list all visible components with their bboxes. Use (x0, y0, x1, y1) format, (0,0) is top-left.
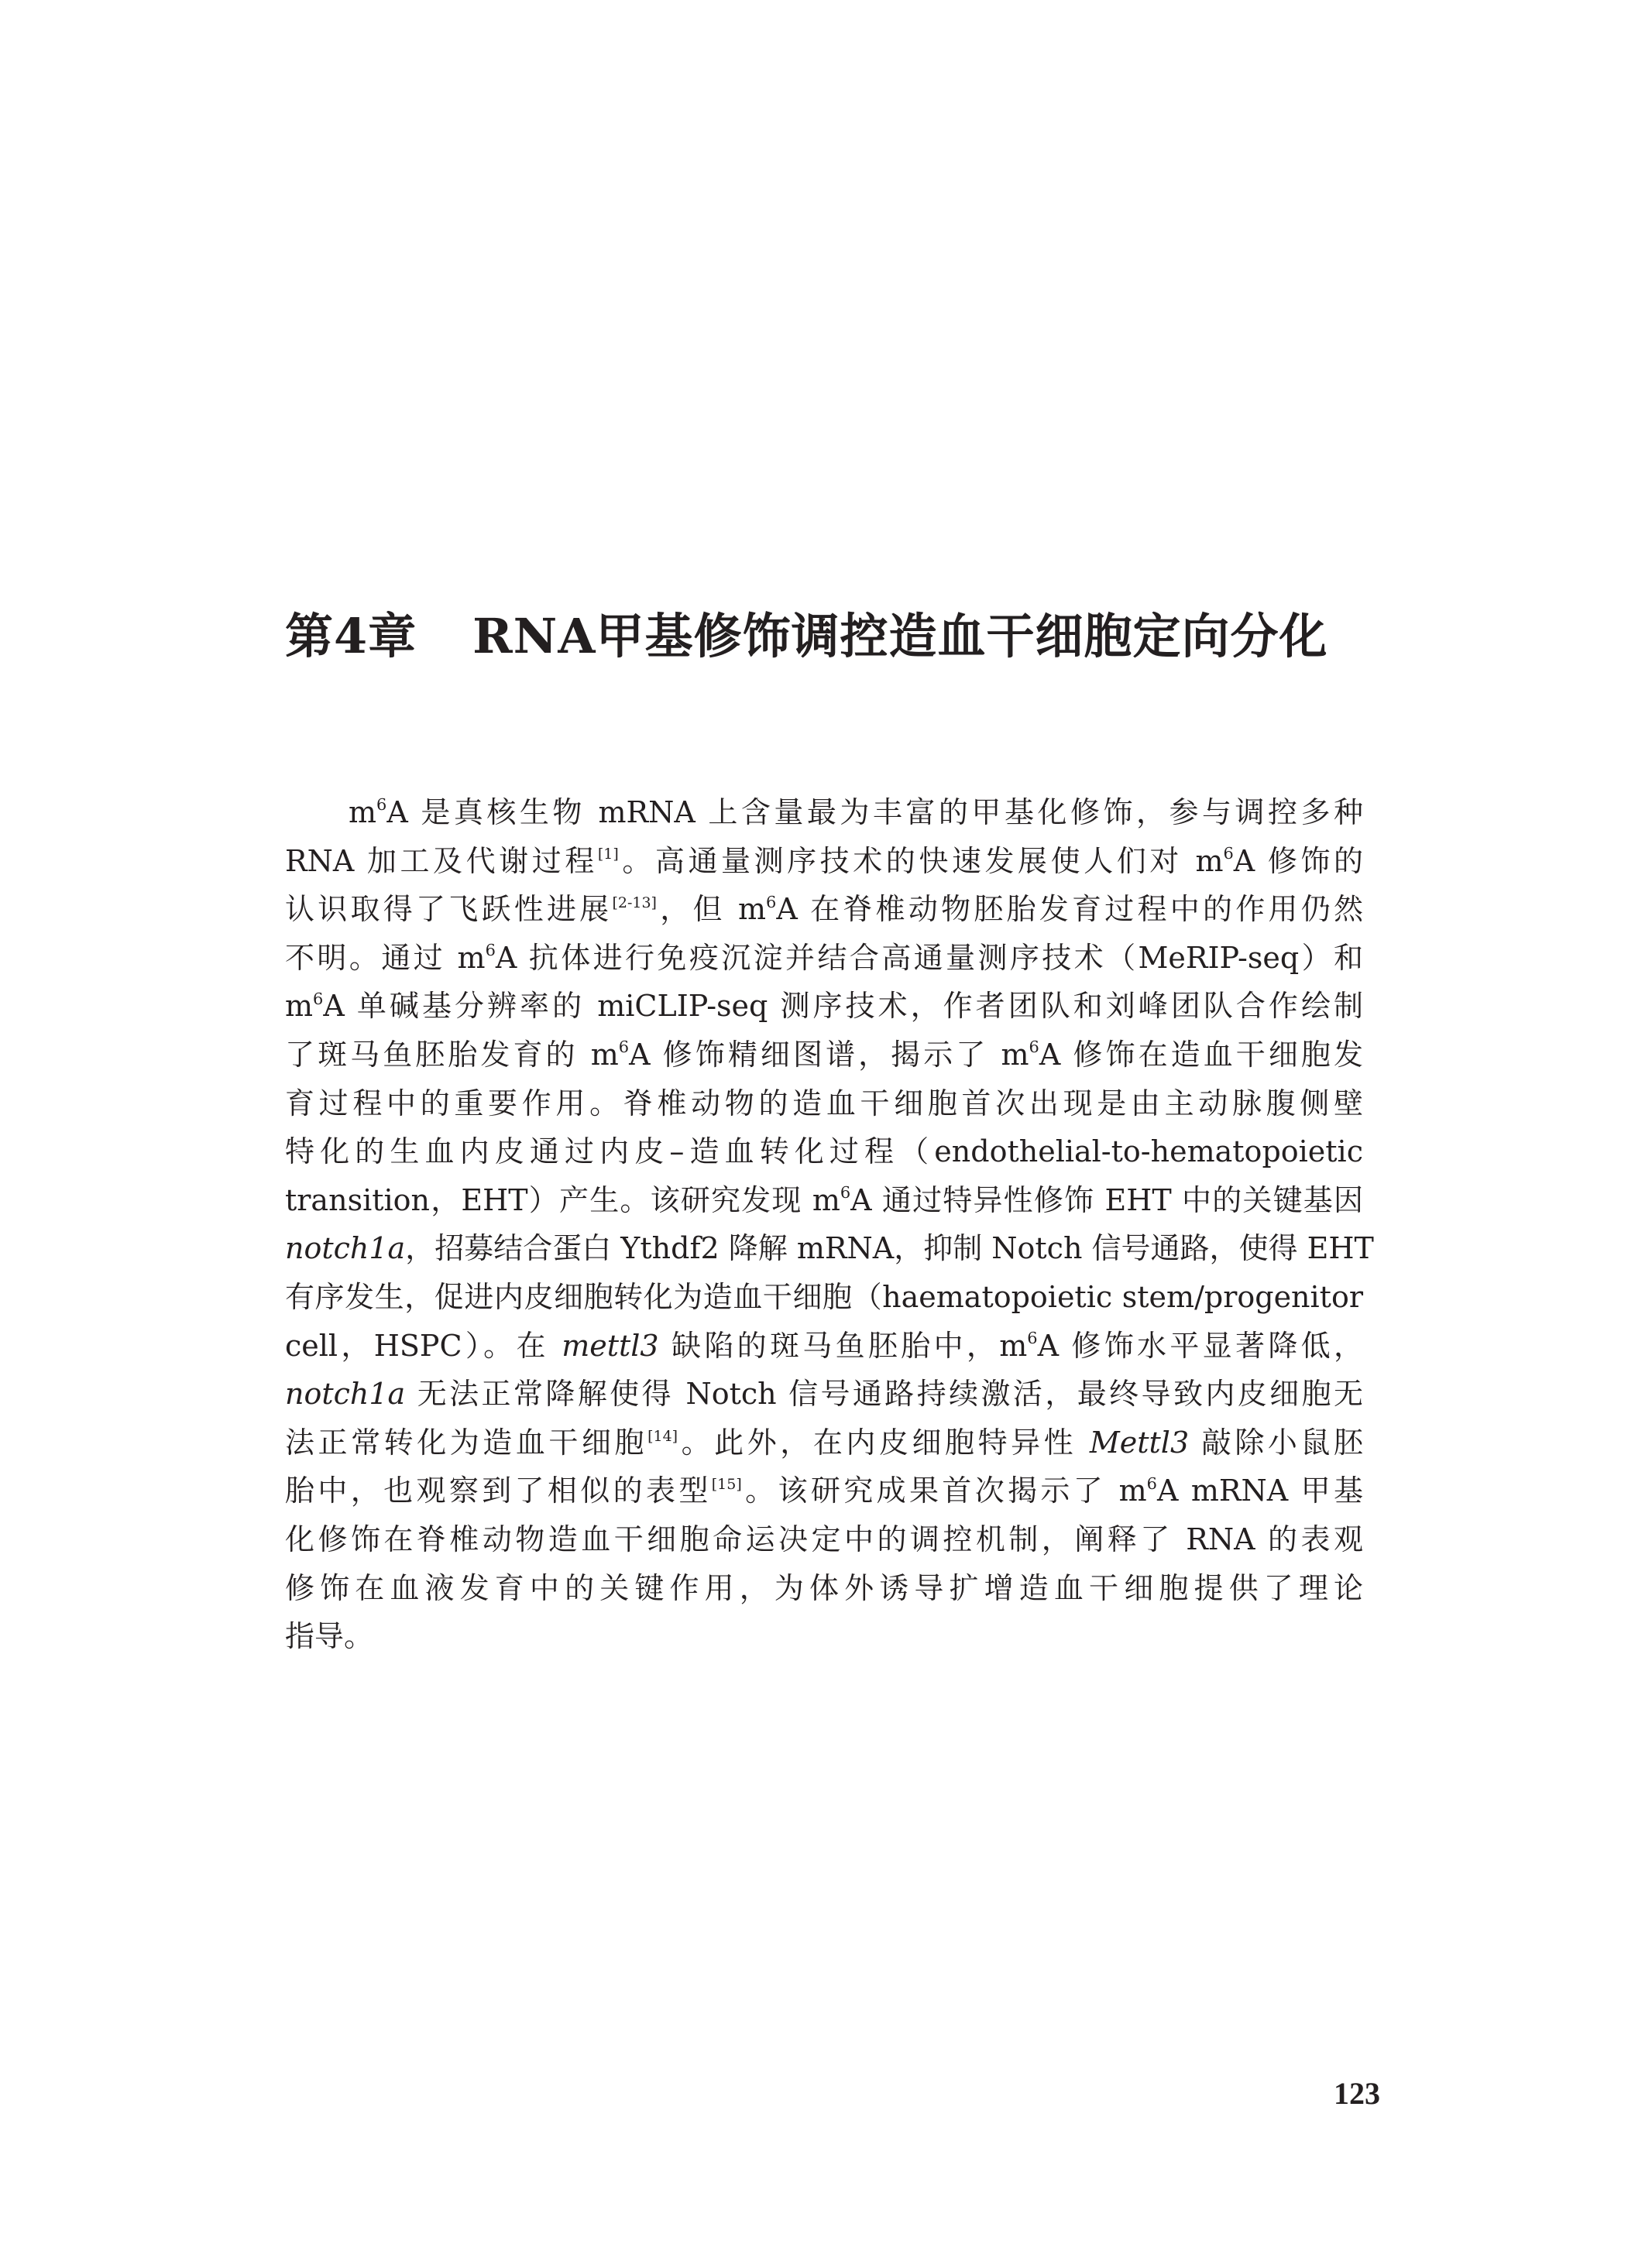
citation-ref: [14] (647, 1428, 678, 1445)
text-line: 法正常转化为造血干细胞[14]。此外，在内皮细胞特异性 Mettl3 敲除小鼠胚 (285, 1419, 1363, 1467)
text-run: 特化的生血内皮通过内皮–造血转化过程（endothelial-to-hemato… (285, 1134, 1363, 1168)
gene-name: Mettl3 (1090, 1426, 1189, 1460)
chapter-heading: 第4章RNA甲基修饰调控造血干细胞定向分化 (285, 606, 1385, 667)
gene-name: mettl3 (562, 1329, 658, 1363)
text-run: 有序发生，促进内皮细胞转化为造血干细胞（haematopoietic stem/… (285, 1280, 1363, 1314)
chapter-number: 第4章 (285, 608, 417, 664)
citation-ref: [15] (712, 1476, 742, 1493)
text-line: 认识取得了飞跃性进展[2-13]，但 m6A 在脊椎动物胚胎发育过程中的作用仍然 (285, 885, 1363, 934)
text-line: 了斑马鱼胚胎发育的 m6A 修饰精细图谱，揭示了 m6A 修饰在造血干细胞发 (285, 1031, 1363, 1079)
text-line: 胎中，也观察到了相似的表型[15]。该研究成果首次揭示了 m6A mRNA 甲基 (285, 1467, 1363, 1515)
text-run: 敲除小鼠胚 (1189, 1426, 1363, 1460)
text-run: 了斑马鱼胚胎发育的 m (285, 1038, 619, 1072)
superscript: 6 (766, 893, 776, 911)
text-run: A 修饰精细图谱，揭示了 m (629, 1038, 1029, 1072)
superscript: 6 (1027, 1329, 1037, 1347)
text-run: 。高通量测序技术的快速发展使人们对 m (619, 844, 1224, 878)
superscript: 6 (486, 941, 496, 959)
text-run: A 是真核生物 mRNA 上含量最为丰富的甲基化修饰，参与调控多种 (386, 795, 1363, 829)
gene-name: notch1a (285, 1377, 405, 1411)
text-line: notch1a 无法正常降解使得 Notch 信号通路持续激活，最终导致内皮细胞… (285, 1370, 1363, 1419)
superscript: 6 (619, 1038, 629, 1056)
text-line: notch1a，招募结合蛋白 Ythdf2 降解 mRNA，抑制 Notch 信… (285, 1224, 1363, 1273)
text-run: A 修饰在造血干细胞发 (1039, 1038, 1363, 1072)
text-run: 无法正常降解使得 Notch 信号通路持续激活，最终导致内皮细胞无 (405, 1377, 1363, 1411)
text-run: A 抗体进行免疫沉淀并结合高通量测序技术（MeRIP-seq）和 (496, 941, 1363, 975)
text-line: transition，EHT）产生。该研究发现 m6A 通过特异性修饰 EHT … (285, 1176, 1363, 1225)
text-run: 化修饰在脊椎动物造血干细胞命运决定中的调控机制，阐释了 RNA 的表观 (285, 1522, 1363, 1556)
text-run: ，招募结合蛋白 Ythdf2 降解 mRNA，抑制 Notch 信号通路，使得 … (405, 1231, 1374, 1265)
text-run: m (285, 989, 313, 1023)
text-run: A 单碱基分辨率的 miCLIP-seq 测序技术，作者团队和刘峰团队合作绘制 (323, 989, 1363, 1023)
chapter-title: RNA甲基修饰调控造血干细胞定向分化 (472, 608, 1327, 664)
text-run: 法正常转化为造血干细胞 (285, 1426, 647, 1460)
text-line: 特化的生血内皮通过内皮–造血转化过程（endothelial-to-hemato… (285, 1127, 1363, 1176)
citation-ref: [2-13] (612, 894, 657, 911)
superscript: 6 (840, 1183, 850, 1202)
text-run: A 通过特异性修饰 EHT 中的关键基因 (850, 1183, 1363, 1217)
text-line: RNA 加工及代谢过程[1]。高通量测序技术的快速发展使人们对 m6A 修饰的 (285, 837, 1363, 886)
text-run: m (349, 795, 376, 829)
text-run: A 修饰水平显著降低， (1038, 1329, 1363, 1363)
superscript: 6 (1029, 1038, 1039, 1056)
text-line: 化修饰在脊椎动物造血干细胞命运决定中的调控机制，阐释了 RNA 的表观 (285, 1515, 1363, 1564)
gene-name: notch1a (285, 1231, 405, 1265)
text-line: m6A 是真核生物 mRNA 上含量最为丰富的甲基化修饰，参与调控多种 (285, 788, 1363, 837)
text-run: RNA 加工及代谢过程 (285, 844, 598, 878)
text-run: 胎中，也观察到了相似的表型 (285, 1474, 712, 1508)
superscript: 6 (376, 795, 386, 814)
citation-ref: [1] (598, 846, 619, 863)
text-run: 修饰在血液发育中的关键作用，为体外诱导扩增造血干细胞提供了理论 (285, 1571, 1363, 1605)
text-run: 。该研究成果首次揭示了 m (742, 1474, 1147, 1508)
text-line: m6A 单碱基分辨率的 miCLIP-seq 测序技术，作者团队和刘峰团队合作绘… (285, 982, 1363, 1031)
text-run: 指导。 (285, 1619, 373, 1653)
text-run: ，但 m (657, 892, 766, 926)
text-run: cell，HSPC）。在 (285, 1329, 562, 1363)
text-run: 缺陷的斑马鱼胚胎中，m (659, 1329, 1028, 1363)
text-run: 认识取得了飞跃性进展 (285, 892, 612, 926)
page-number: 123 (1334, 2078, 1380, 2109)
text-line: 修饰在血液发育中的关键作用，为体外诱导扩增造血干细胞提供了理论 (285, 1564, 1363, 1613)
text-line: cell，HSPC）。在 mettl3 缺陷的斑马鱼胚胎中，m6A 修饰水平显著… (285, 1322, 1363, 1371)
text-run: A mRNA 甲基 (1157, 1474, 1363, 1508)
text-run: A 修饰的 (1234, 844, 1363, 878)
text-run: 。此外，在内皮细胞特异性 (678, 1426, 1090, 1460)
superscript: 6 (1224, 844, 1234, 863)
text-line: 不明。通过 m6A 抗体进行免疫沉淀并结合高通量测序技术（MeRIP-seq）和 (285, 934, 1363, 983)
text-run: transition，EHT）产生。该研究发现 m (285, 1183, 840, 1217)
text-line: 指导。 (285, 1612, 1363, 1661)
superscript: 6 (1147, 1474, 1157, 1493)
body-paragraph: m6A 是真核生物 mRNA 上含量最为丰富的甲基化修饰，参与调控多种RNA 加… (285, 788, 1363, 1661)
text-line: 育过程中的重要作用。脊椎动物的造血干细胞首次出现是由主动脉腹侧壁 (285, 1079, 1363, 1128)
superscript: 6 (313, 990, 323, 1008)
text-run: 育过程中的重要作用。脊椎动物的造血干细胞首次出现是由主动脉腹侧壁 (285, 1086, 1363, 1120)
text-line: 有序发生，促进内皮细胞转化为造血干细胞（haematopoietic stem/… (285, 1273, 1363, 1322)
text-run: 不明。通过 m (285, 941, 486, 975)
text-run: A 在脊椎动物胚胎发育过程中的作用仍然 (776, 892, 1363, 926)
